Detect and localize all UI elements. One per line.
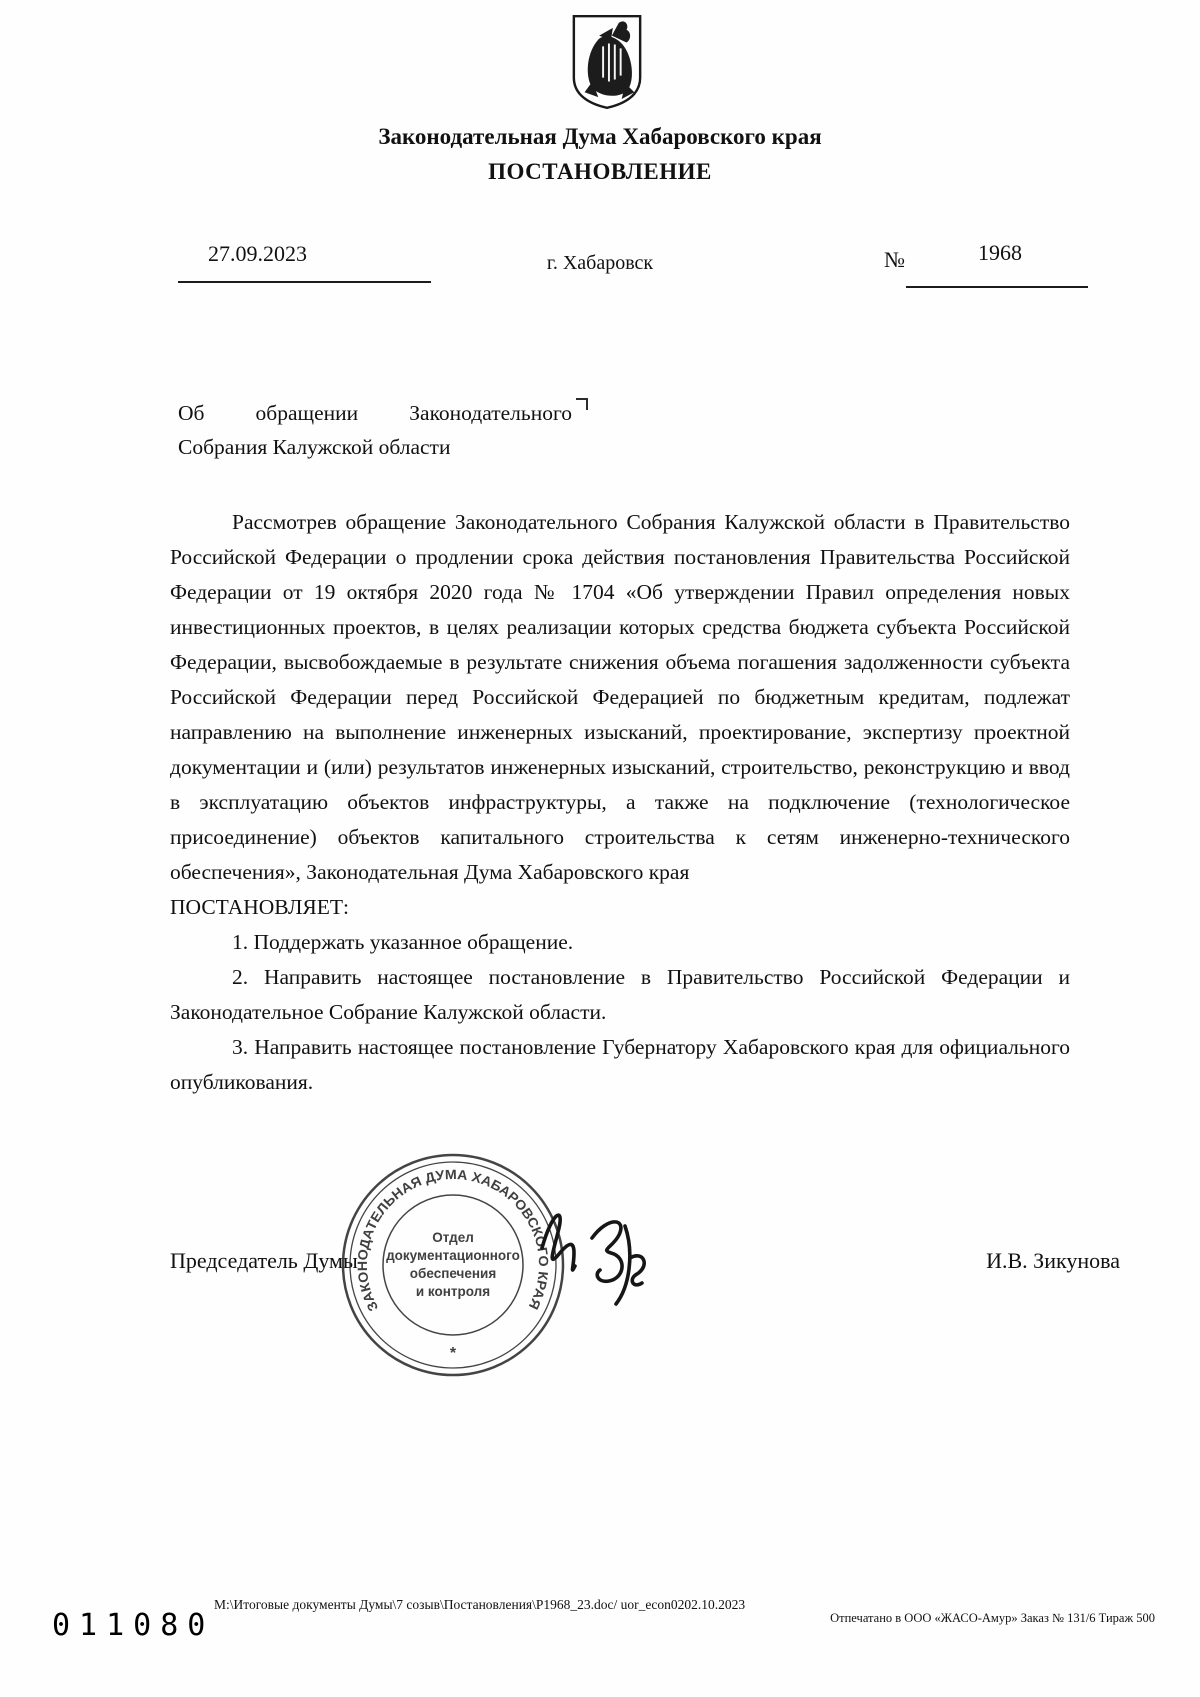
subject-block: Об обращении Законодательного Собрания К… [178, 396, 572, 464]
number-sign: № [884, 247, 905, 273]
document-page: Законодательная Дума Хабаровского края П… [0, 0, 1200, 1697]
resolution-word: ПОСТАНОВЛЯЕТ: [170, 890, 1070, 925]
org-name: Законодательная Дума Хабаровского края [0, 124, 1200, 150]
corner-mark-icon [576, 398, 588, 410]
number-underline [906, 286, 1088, 288]
body-text: Рассмотрев обращение Законодательного Со… [170, 505, 1070, 1100]
signer-position: Председатель Думы [170, 1248, 358, 1274]
signer-name: И.В. Зикунова [986, 1248, 1120, 1274]
stamp-center-line-4: и контроля [416, 1284, 490, 1299]
date-underline [178, 281, 431, 283]
coat-of-arms-icon [568, 12, 646, 112]
handwritten-signature [528, 1190, 668, 1335]
document-type-title: ПОСТАНОВЛЕНИЕ [0, 159, 1200, 185]
stamp-center-line-1: Отдел [432, 1230, 474, 1245]
stencil-number: 011080 [52, 1608, 214, 1643]
stamp-bottom-mark: * [450, 1345, 457, 1362]
stamp-center-line-2: документационного [386, 1248, 520, 1263]
print-info: Отпечатано в ООО «ЖАСО-Амур» Заказ № 131… [830, 1611, 1155, 1626]
subject-line-1: Об обращении Законодательного [178, 396, 572, 430]
resolution-item-2: 2. Направить настоящее постановление в П… [170, 960, 1070, 1030]
resolution-item-3: 3. Направить настоящее постановление Губ… [170, 1030, 1070, 1100]
file-path: М:\Итоговые документы Думы\7 созыв\Поста… [214, 1597, 745, 1613]
resolution-item-1: 1. Поддержать указанное обращение. [170, 925, 1070, 960]
subject-line-2: Собрания Калужской области [178, 430, 572, 464]
document-number: 1968 [978, 240, 1022, 266]
body-paragraph: Рассмотрев обращение Законодательного Со… [170, 505, 1070, 890]
stamp-center-line-3: обеспечения [410, 1266, 496, 1281]
